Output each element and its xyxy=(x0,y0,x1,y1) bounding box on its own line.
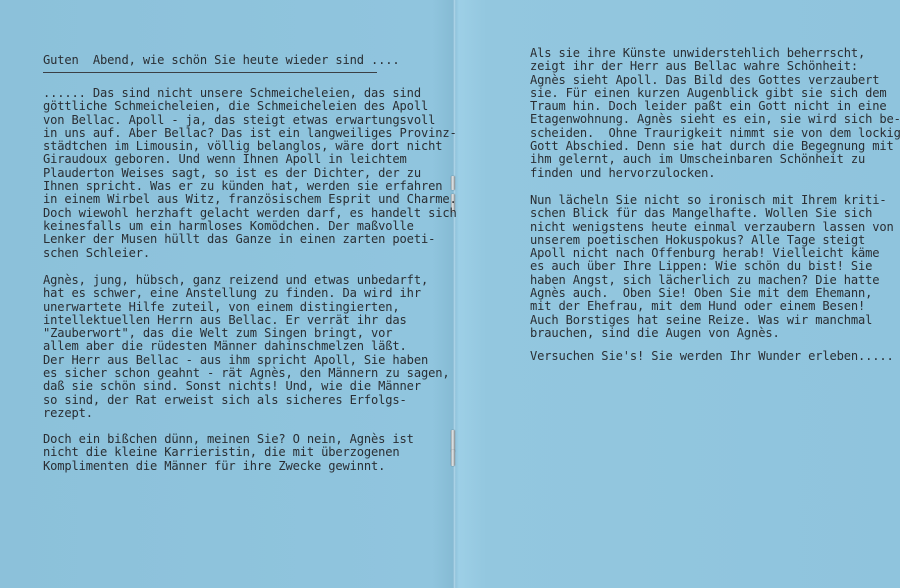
text-line: von Bellac. Apoll - ja, das steigt etwas… xyxy=(43,114,457,127)
text-line: nicht wenigstens heute einmal verzaubern… xyxy=(530,221,894,234)
text-line: intellektuellen Herrn aus Bellac. Er ver… xyxy=(43,314,449,327)
paragraph: Agnès, jung, hübsch, ganz reizend und et… xyxy=(43,274,449,420)
text-line: Giraudoux geboren. Und wenn Ihnen Apoll … xyxy=(43,153,457,166)
text-line: Der Herr aus Bellac - aus ihm spricht Ap… xyxy=(43,354,449,367)
text-line: Plauderton Weises sagt, so ist es der Di… xyxy=(43,167,457,180)
text-line: unerwartete Hilfe zuteil, von einem dist… xyxy=(43,301,449,314)
text-line: schen Schleier. xyxy=(43,247,457,260)
text-line: Als sie ihre Künste unwiderstehlich behe… xyxy=(530,47,900,60)
text-line: ihm gelernt, auch im Umscheinbaren Schön… xyxy=(530,153,900,166)
booklet-spread: Guten Abend, wie schön Sie heute wieder … xyxy=(0,0,900,588)
text-line: Auch Borstiges hat seine Reize. Was wir … xyxy=(530,314,894,327)
page-heading: Guten Abend, wie schön Sie heute wieder … xyxy=(43,54,400,67)
text-line: finden und hervorzulocken. xyxy=(530,167,900,180)
paragraph: Doch ein bißchen dünn, meinen Sie? O nei… xyxy=(43,433,414,473)
paragraph: ...... Das sind nicht unsere Schmeichele… xyxy=(43,87,457,260)
text-line: schen Blick für das Mangelhafte. Wollen … xyxy=(530,207,894,220)
text-line: rezept. xyxy=(43,407,449,420)
text-line: in uns auf. Aber Bellac? Das ist ein lan… xyxy=(43,127,457,140)
staple-bottom-upper xyxy=(451,430,455,452)
paragraph: Versuchen Sie's! Sie werden Ihr Wunder e… xyxy=(530,350,894,363)
text-line: Versuchen Sie's! Sie werden Ihr Wunder e… xyxy=(530,350,894,363)
text-line: städtchen im Limousin, völlig belanglos,… xyxy=(43,140,457,153)
heading-underline xyxy=(43,72,377,73)
text-line: es sicher schon geahnt - rät Agnès, den … xyxy=(43,367,449,380)
text-line: so sind, der Rat erweist sich als sicher… xyxy=(43,394,449,407)
text-line: Agnès, jung, hübsch, ganz reizend und et… xyxy=(43,274,449,287)
text-line: Apoll nicht nach Offenburg herab! Vielle… xyxy=(530,247,894,260)
text-line: Nun lächeln Sie nicht so ironisch mit Ih… xyxy=(530,194,894,207)
text-line: "Zauberwort", das die Welt zum Singen br… xyxy=(43,327,449,340)
text-line: daß sie schön sind. Sonst nichts! Und, w… xyxy=(43,380,449,393)
staple-bottom-lower xyxy=(451,450,455,466)
text-line: mit der Ehefrau, mit dem Hund oder einem… xyxy=(530,300,894,313)
text-line: in einem Wirbel aus Witz, französischem … xyxy=(43,193,457,206)
text-line: Traum hin. Doch leider paßt ein Gott nic… xyxy=(530,100,900,113)
text-line: unserem poetischen Hokuspokus? Alle Tage… xyxy=(530,234,894,247)
text-line: Ihnen spricht. Was er zu künden hat, wer… xyxy=(43,180,457,193)
text-line: hat es schwer, eine Anstellung zu finden… xyxy=(43,287,449,300)
text-line: göttliche Schmeicheleien, die Schmeichel… xyxy=(43,100,457,113)
text-line: keinesfalls um ein harmloses Komödchen. … xyxy=(43,220,457,233)
text-line: sie. Für einen kurzen Augenblick gibt si… xyxy=(530,87,900,100)
text-line: zeigt ihr der Herr aus Bellac wahre Schö… xyxy=(530,60,900,73)
text-line: Agnès sieht Apoll. Das Bild des Gottes v… xyxy=(530,74,900,87)
paragraph: Nun lächeln Sie nicht so ironisch mit Ih… xyxy=(530,194,894,340)
text-line: es auch über Ihre Lippen: Wie schön du b… xyxy=(530,260,894,273)
paragraph: Als sie ihre Künste unwiderstehlich behe… xyxy=(530,47,900,180)
text-line: Etagenwohnung. Agnès sieht es ein, sie w… xyxy=(530,113,900,126)
text-line: ...... Das sind nicht unsere Schmeichele… xyxy=(43,87,457,100)
text-line: Gott Abschied. Denn sie hat durch die Be… xyxy=(530,140,900,153)
text-line: Doch ein bißchen dünn, meinen Sie? O nei… xyxy=(43,433,414,446)
text-line: Lenker der Musen hüllt das Ganze in eine… xyxy=(43,233,457,246)
text-line: brauchen, sind die Augen von Agnès. xyxy=(530,327,894,340)
text-line: scheiden. Ohne Traurigkeit nimmt sie von… xyxy=(530,127,900,140)
text-line: allem aber die rüdesten Männer dahinschm… xyxy=(43,340,449,353)
text-line: Agnès auch. Oben Sie! Oben Sie mit dem E… xyxy=(530,287,894,300)
text-line: Doch wiewohl herzhaft gelacht werden dar… xyxy=(43,207,457,220)
text-line: haben Angst, sich lächerlich zu machen? … xyxy=(530,274,894,287)
text-line: nicht die kleine Karrieristin, die mit ü… xyxy=(43,446,414,459)
text-line: Komplimenten die Männer für ihre Zwecke … xyxy=(43,460,414,473)
